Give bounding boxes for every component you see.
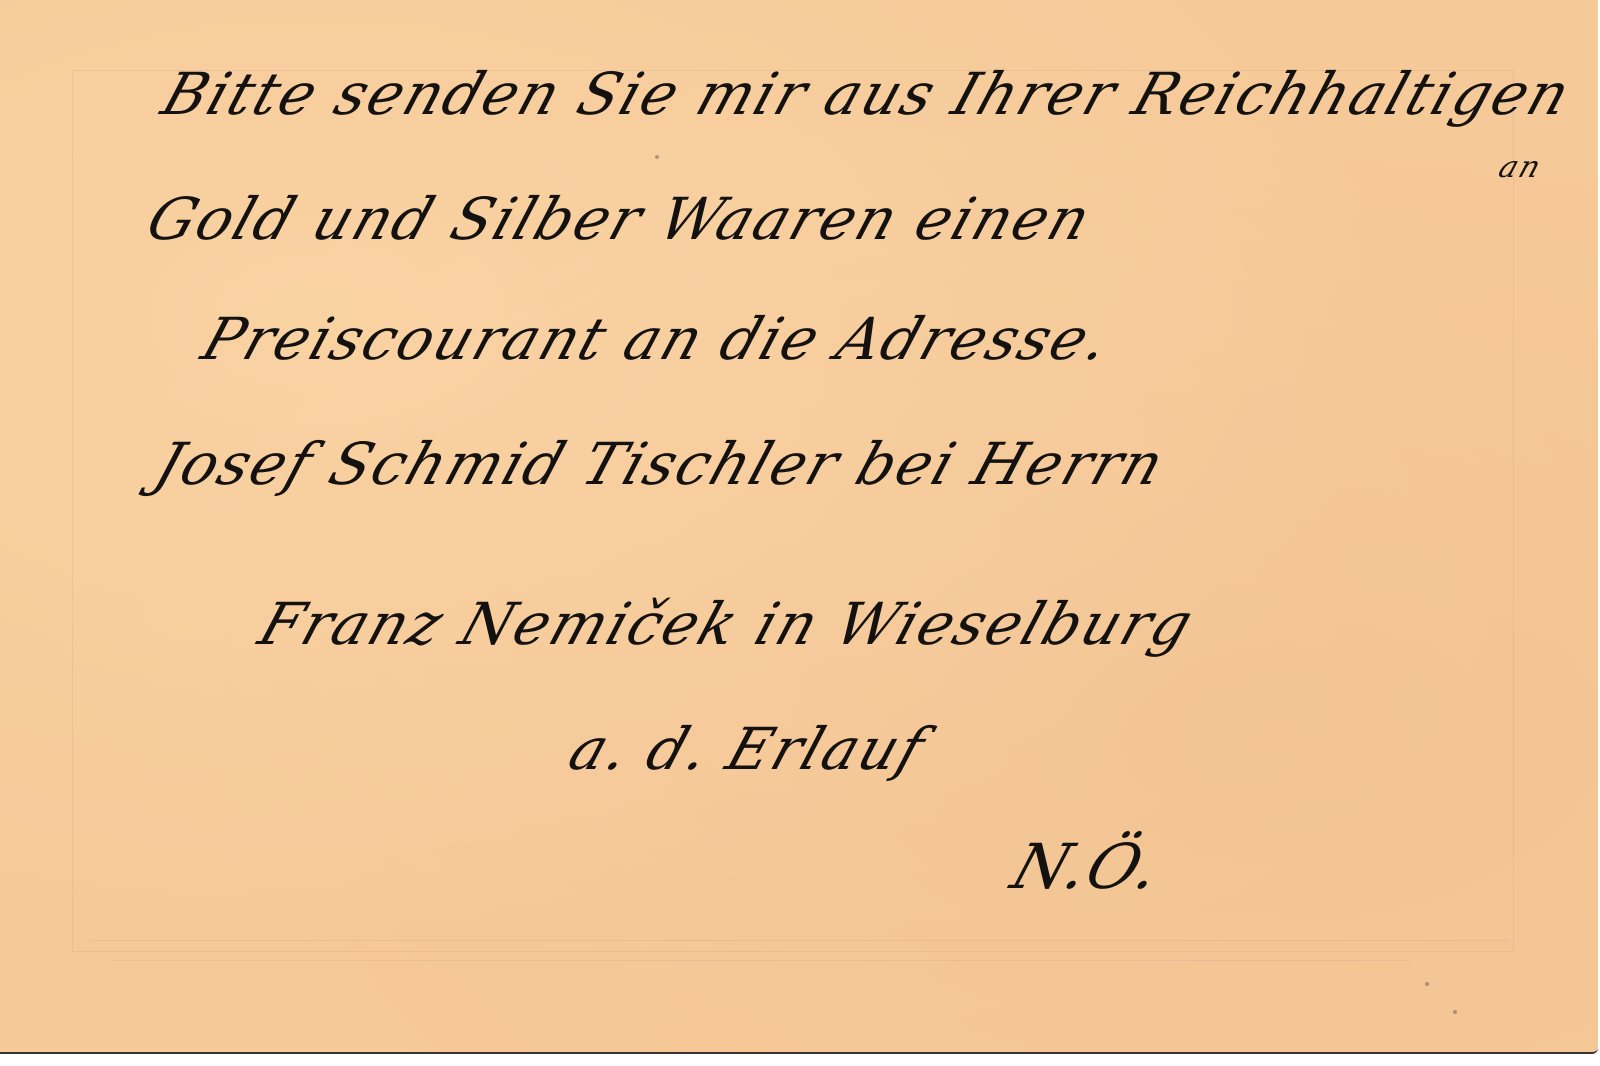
postcard: Bitte senden Sie mir aus Ihrer Reichhalt… — [0, 0, 1598, 1054]
faint-printed-rule — [110, 960, 1410, 961]
handwritten-line-4: Josef Schmid Tischler bei Herrn — [147, 430, 1174, 498]
ink-speck — [1453, 1010, 1457, 1014]
faint-printed-rule — [90, 940, 1510, 941]
handwritten-line-1: Bitte senden Sie mir aus Ihrer Reichhalt… — [154, 60, 1580, 128]
handwritten-line-3: Preiscourant an die Adresse. — [194, 305, 1120, 373]
ink-speck — [1425, 982, 1429, 986]
handwritten-line-6: a. d. Erlauf — [561, 715, 935, 783]
handwritten-line-2: Gold und Silber Waaren einen — [139, 185, 1101, 253]
handwritten-line-5: Franz Nemiček in Wieselburg — [251, 590, 1203, 658]
ink-speck — [655, 155, 659, 159]
handwritten-line-7: N.Ö. — [1003, 830, 1172, 903]
